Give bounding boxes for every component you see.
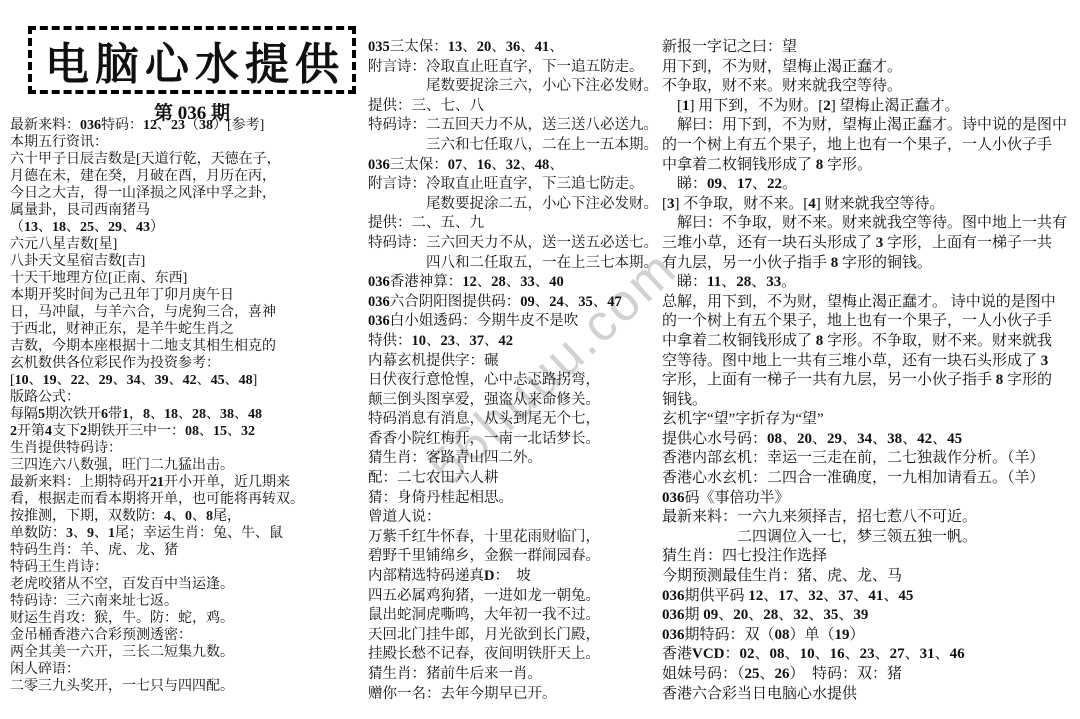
text-line: 二四调位入一七，梦三领五独一帆。 [662, 528, 1076, 548]
column-left: 最新来料：036特码：12、23（38）[参考]本期五行资讯：六十甲子日辰吉数是… [10, 117, 362, 695]
text-line: 036三太保：07、16、32、48、 [368, 156, 660, 176]
text-line: 香港VCD：02、08、10、16、23、27、31、46 [662, 645, 1076, 665]
text-line: 十天干地理方位[正南、东西] [10, 270, 362, 287]
text-line: 中拿着二枚铜钱形成了 8 字形。 [662, 156, 1076, 176]
text-line: 特码诗：三六南来址七返。 [10, 593, 362, 610]
text-line: 今期预测最佳生肖：猪、虎、龙、马 [662, 567, 1076, 587]
text-line: 猜生肖：猪前牛后来一肖。 [368, 665, 660, 685]
text-line: 香港六合彩当日电脑心水提供 [662, 685, 1076, 705]
text-line: 鼠出蛇洞虎嘶鸣，大年初一我不过。 [368, 606, 660, 626]
text-line: 猜：身倚丹桂起相思。 [368, 489, 660, 509]
text-line: 挂殿长愁不记春，夜间明铁肝天上。 [368, 645, 660, 665]
text-line: 解曰：用下到，不为财，望梅止渴正蠢才。诗中说的是图中 [662, 116, 1076, 136]
text-line: 提供：二、五、九 [368, 214, 660, 234]
text-line: 036期供平码 12、17、32、37、41、45 [662, 587, 1076, 607]
text-line: （13、18、25、29、43） [10, 219, 362, 236]
text-line: 赠你一名：去年今期早已开。 [368, 685, 660, 705]
text-line: 2开第4支下2期铁开三中一：08、15、32 [10, 423, 362, 440]
text-line: 老虎咬猪从不空，百发百中当运逢。 [10, 576, 362, 593]
text-line: 单数防：3、9、1尾；幸运生肖：兔、牛、鼠 [10, 525, 362, 542]
text-line: 有九层，另一小伙子指手 8 字形的铜钱。 [662, 254, 1076, 274]
text-line: 最新来料：036特码：12、23（38）[参考] [10, 117, 362, 134]
text-line: 财运生肖攻：猴，牛。防：蛇，鸡。 [10, 610, 362, 627]
text-line: 香港内部玄机：幸运一三走在前，二七独裁作分析。（羊） [662, 449, 1076, 469]
text-line: 036期特码：双（08）单（19） [662, 626, 1076, 646]
text-line: 万紫千红牛怀春，十里花雨财临门， [368, 528, 660, 548]
text-line: 036码《事倍功半》 [662, 489, 1076, 509]
column-middle: 035三太保：13、20、36、41、附言诗：冷取直止旺直字，下一追五防走。 尾… [368, 38, 660, 704]
text-line: 属量卦，艮司西南猪马 [10, 202, 362, 219]
text-line: 036白小姐透码：今期牛皮不是吹 [368, 312, 660, 332]
text-line: 香香小院红梅开，一南一北话梦长。 [368, 430, 660, 450]
text-line: 猜生肖：客路青山四二外。 [368, 449, 660, 469]
text-line: 曾道人说： [368, 508, 660, 528]
text-line: 内幕玄机提供字：碾 [368, 352, 660, 372]
text-line: 内部精选特码递真D： 坡 [368, 567, 660, 587]
text-line: 两全其美一六开，三长二短集九数。 [10, 644, 362, 661]
text-line: 尾数要捉涂三六，小心下注必发财。 [368, 77, 660, 97]
text-line: 看，根据走而看本期将开单，也可能将再转双。 [10, 491, 362, 508]
text-line: 新报一字记之曰：望 [662, 38, 1076, 58]
text-line: 空等待。图中地上一共有三堆小草，还有一块石头形成了 3 [662, 352, 1076, 372]
text-line: 035三太保：13、20、36、41、 [368, 38, 660, 58]
text-line: 八卦天文星宿吉数[吉] [10, 253, 362, 270]
text-line: 玄机字“望”字折存为“望” [662, 410, 1076, 430]
text-line: 颠三倒头图享爱，强盗从来命修关。 [368, 391, 660, 411]
text-line: 的一个树上有五个果子，地上也有一个果子，一人小伙子手 [662, 136, 1076, 156]
text-line: 版路公式： [10, 389, 362, 406]
text-line: 月德在未，建在癸，月破在酉，月历在丙， [10, 168, 362, 185]
text-line: 提供：三、七、八 [368, 97, 660, 117]
text-line: 二零三九头奖开，一七只与四四配。 [10, 678, 362, 695]
text-line: 尾数要捉涂二五，小心下注必发财。 [368, 195, 660, 215]
text-line: 天回北门挂牛郎，月光欲到长门殿， [368, 626, 660, 646]
text-line: 总解，用下到，不为财，望梅止渴正蠢才。 诗中说的是图中 [662, 293, 1076, 313]
text-line: 中拿着二枚铜钱形成了 8 字形。不争取，财不来。财来就我 [662, 332, 1076, 352]
text-line: 日伏夜行意怆惶，心中忐忑路拐弯， [368, 371, 660, 391]
text-line: 睇：09、17、22。 [662, 175, 1076, 195]
text-line: 六元八星吉数[星] [10, 236, 362, 253]
text-line: 铜钱。 [662, 391, 1076, 411]
text-line: 最新来料：上期特码开21开小开单，近几期来 [10, 474, 362, 491]
text-line: 四五必属鸡狗猪，一进如龙一朝兔。 [368, 587, 660, 607]
text-line: [1] 用下到，不为财。[2] 望梅止渴正蠢才。 [662, 97, 1076, 117]
text-line: 今日之大吉，得一山泽损之风泽中孚之卦， [10, 185, 362, 202]
text-line: 于西北，财神正东，是羊牛蛇生肖之 [10, 321, 362, 338]
column-right: 新报一字记之曰：望用下到，不为财，望梅止渴正蠢才。不争取，财不来。财来就我空等待… [662, 38, 1076, 704]
text-line: 特码诗：三六回天力不从，送一送五必送七。 [368, 234, 660, 254]
text-line: 日，马冲鼠，与羊六合，与虎狗三合，喜神 [10, 304, 362, 321]
text-line: 四八和二任取五，一在上三七本期。 [368, 254, 660, 274]
text-line: 附言诗：冷取直止旺直字，下一追五防走。 [368, 58, 660, 78]
text-line: 本期开奖时间为己丑年丁卯月庚午日 [10, 287, 362, 304]
text-line: 碧野千里铺绵乡，金猴一群闹园春。 [368, 547, 660, 567]
text-line: 特码王生肖诗： [10, 559, 362, 576]
text-line: 六十甲子日辰吉数是[天道行乾，天德在子， [10, 151, 362, 168]
text-line: [3] 不争取，财不来。[4] 财来就我空等待。 [662, 195, 1076, 215]
masthead-box: 电脑心水提供 [28, 26, 356, 94]
text-line: 提供心水号码：08、20、29、34、38、42、45 [662, 430, 1076, 450]
text-line: 玄机数供各位彩民作为投资参考： [10, 355, 362, 372]
text-line: 特供：10、23、37、42 [368, 332, 660, 352]
text-line: 三六和七任取八，二在上一五本期。 [368, 136, 660, 156]
text-line: 解曰：不争取，财不来。财来就我空等待。图中地上一共有 [662, 214, 1076, 234]
text-line: 特码消息有消息，从头到尾无个七， [368, 410, 660, 430]
text-line: 字形，上面有一梯子一共有九层，另一小伙子指手 8 字形的 [662, 371, 1076, 391]
text-line: 猜生肖：四七投注作选择 [662, 547, 1076, 567]
text-line: 姐妹号码：（25、26） 特码：双：猪 [662, 665, 1076, 685]
text-line: 吉数，今期本座根据十二地支其相生相克的 [10, 338, 362, 355]
page-title: 电脑心水提供 [45, 28, 345, 92]
text-line: 特码诗：二五回天力不从，送三送八必送九。 [368, 116, 660, 136]
text-line: 配：二七农田六人耕 [368, 469, 660, 489]
text-line: 按推测，下期，双数防：4、0、8尾， [10, 508, 362, 525]
text-line: 附言诗：冷取直止旺直字，下三追七防走。 [368, 175, 660, 195]
text-line: 三四连六八数强，旺门二九猛出击。 [10, 457, 362, 474]
text-line: 的一个树上有五个果子，地上也有一个果子，一人小伙子手 [662, 312, 1076, 332]
text-line: 用下到，不为财，望梅止渴正蠢才。 [662, 58, 1076, 78]
text-line: 三堆小草，还有一块石头形成了 3 字形，上面有一梯子一共 [662, 234, 1076, 254]
text-line: 金吊桶香港六合彩预测透密： [10, 627, 362, 644]
text-line: 香港心水玄机：二四合一准确度，一九相加请看五。（羊） [662, 469, 1076, 489]
text-line: 睇：11、28、33。 [662, 273, 1076, 293]
text-line: 036六合阴阳图提供码：09、24、35、47 [368, 293, 660, 313]
text-line: 最新来料：一六九来须择吉，招七惹八不可近。 [662, 508, 1076, 528]
text-line: 036香港神算：12、28、33、40 [368, 273, 660, 293]
text-line: 生肖提供特码诗： [10, 440, 362, 457]
text-line: 闲人碎语： [10, 661, 362, 678]
text-line: 本期五行资讯： [10, 134, 362, 151]
text-line: 特码生肖：羊、虎、龙、猪 [10, 542, 362, 559]
text-line: 036期 09、20、28、32、35、39 [662, 606, 1076, 626]
text-line: [10、19、22、29、34、39、42、45、48] [10, 372, 362, 389]
text-line: 每隔5期次铁开6带1，8、18、28、38、48 [10, 406, 362, 423]
lottery-tip-sheet: 56huuu.com 电脑心水提供 第 036 期 最新来料：036特码：12、… [0, 0, 1080, 719]
text-line: 不争取，财不来。财来就我空等待。 [662, 77, 1076, 97]
